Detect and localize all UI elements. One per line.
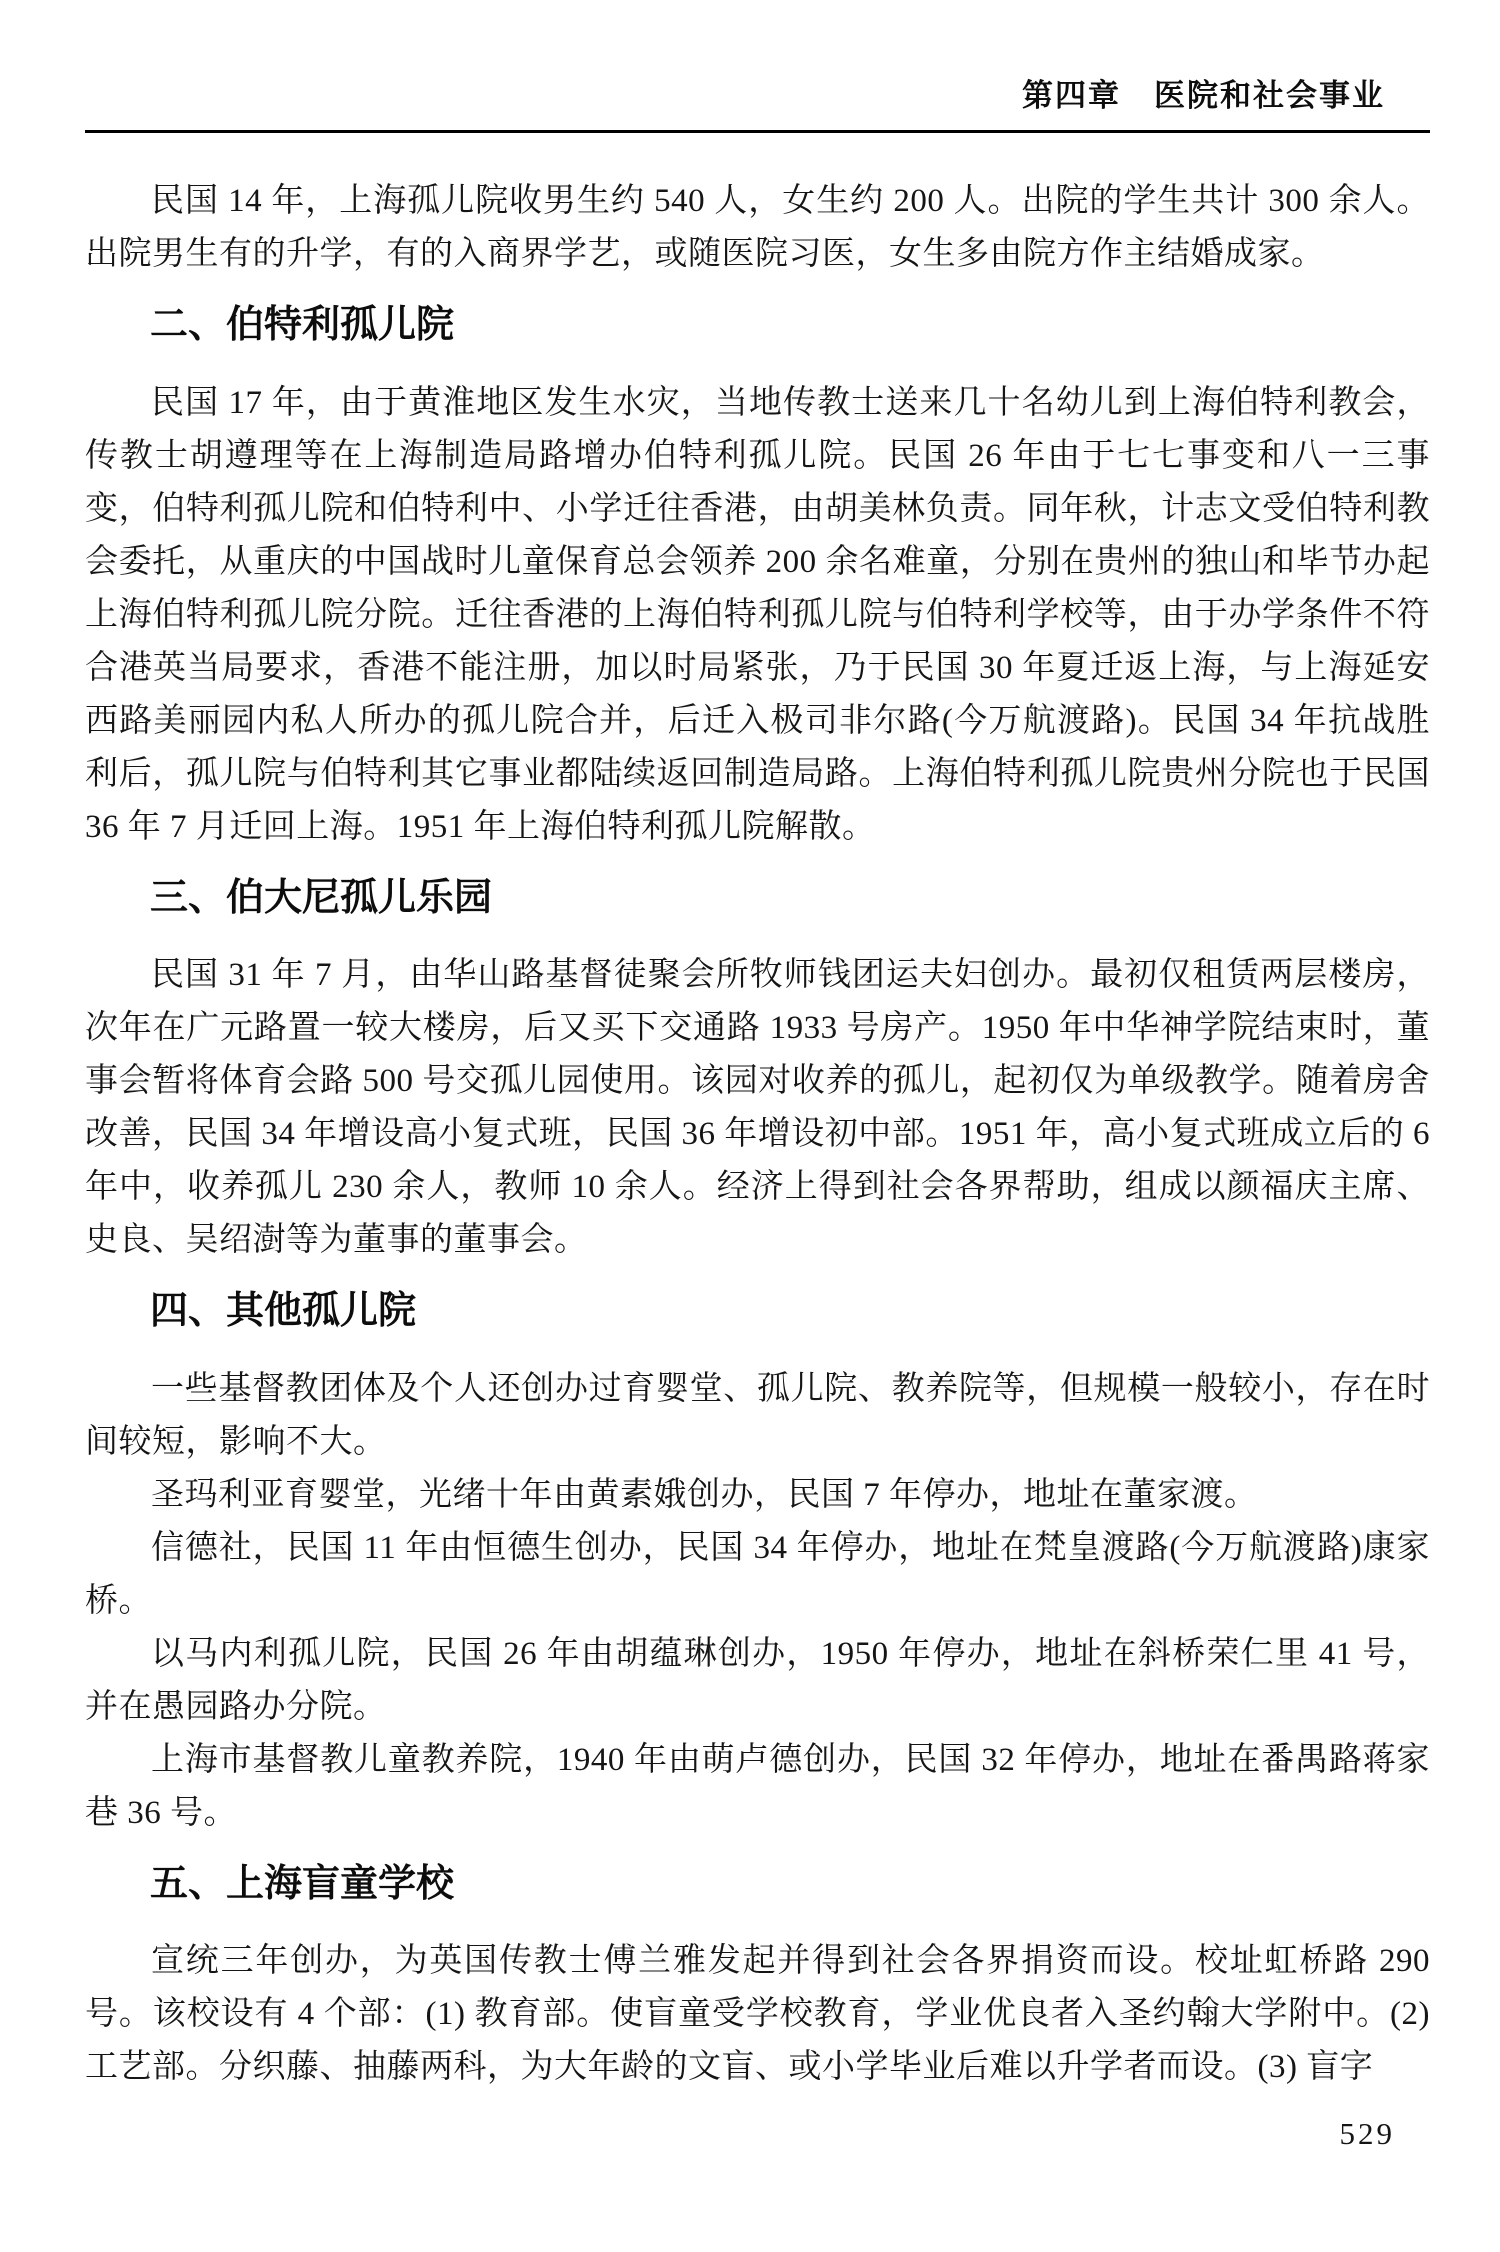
section-heading-other-orphanages: 四、其他孤儿院 xyxy=(150,1289,1430,1335)
paragraph-christian-children-home: 上海市基督教儿童教养院，1940 年由萌卢德创办，民国 32 年停办，地址在番禺… xyxy=(85,1734,1430,1840)
chapter-title: 第四章 医院和社会事业 xyxy=(1022,78,1385,113)
paragraph-st-mary-foundling-home: 圣玛利亚育婴堂，光绪十年由黄素娥创办，民国 7 年停办，地址在董家渡。 xyxy=(85,1469,1430,1522)
paragraph-xinde-society: 信德社，民国 11 年由恒德生创办，民国 34 年停办，地址在梵皇渡路(今万航渡… xyxy=(85,1522,1430,1628)
section-heading-bethel-orphanage: 二、伯特利孤儿院 xyxy=(150,303,1430,349)
section-heading-bethany-orphan-garden: 三、伯大尼孤儿乐园 xyxy=(150,876,1430,922)
section-heading-blind-children-school: 五、上海盲童学校 xyxy=(150,1862,1430,1908)
paragraph-other-orphanages-overview: 一些基督教团体及个人还创办过育婴堂、孤儿院、教养院等，但规模一般较小，存在时间较… xyxy=(85,1363,1430,1469)
header-divider xyxy=(85,130,1430,133)
paragraph-intro: 民国 14 年，上海孤儿院收男生约 540 人，女生约 200 人。出院的学生共… xyxy=(85,175,1430,281)
page-number: 529 xyxy=(85,2114,1430,2154)
paragraph-bethel-orphanage: 民国 17 年，由于黄淮地区发生水灾，当地传教士送来几十名幼儿到上海伯特利教会，… xyxy=(85,377,1430,854)
paragraph-blind-children-school: 宣统三年创办，为英国传教士傅兰雅发起并得到社会各界捐资而设。校址虹桥路 290 … xyxy=(85,1935,1430,2094)
running-header: 第四章 医院和社会事业 xyxy=(85,76,1430,116)
paragraph-emmanuel-orphanage: 以马内利孤儿院，民国 26 年由胡蕴琳创办，1950 年停办，地址在斜桥荣仁里 … xyxy=(85,1628,1430,1734)
paragraph-bethany-orphan-garden: 民国 31 年 7 月，由华山路基督徒聚会所牧师钱团运夫妇创办。最初仅租赁两层楼… xyxy=(85,949,1430,1267)
book-page: 第四章 医院和社会事业 民国 14 年，上海孤儿院收男生约 540 人，女生约 … xyxy=(0,0,1500,2252)
